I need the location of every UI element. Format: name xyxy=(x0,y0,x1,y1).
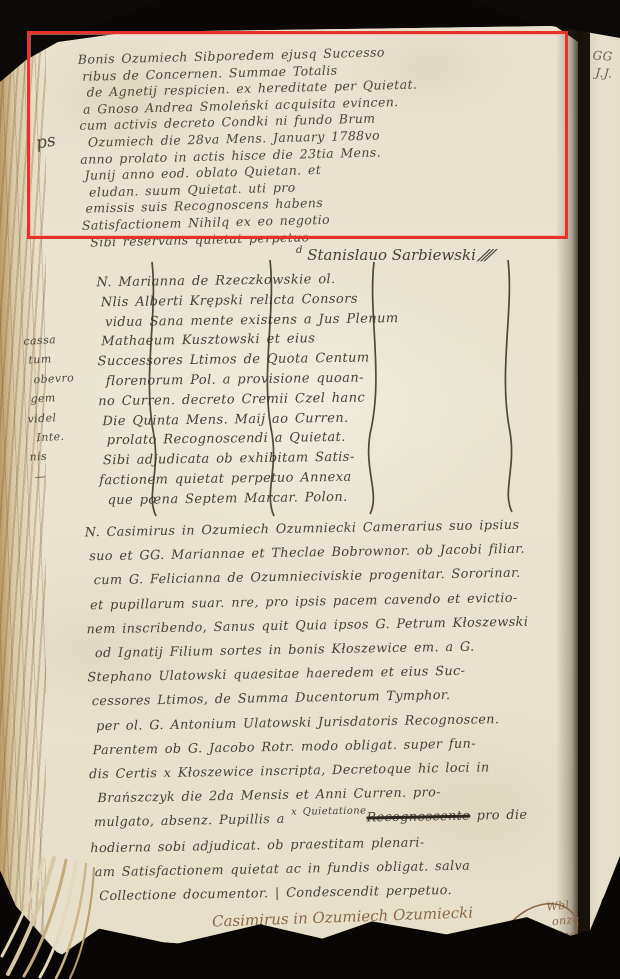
facing-page-marks: GGJ.J. xyxy=(591,47,614,82)
inserted-word: x Quietatione xyxy=(291,806,367,818)
margin-mark-ps: ps xyxy=(34,130,57,153)
paragraph-3-lower: hodierna sobi adjudicat. ob praestitam p… xyxy=(90,828,586,909)
manuscript-line: — xyxy=(34,464,97,487)
paragraph-2: N. Marianna de Rzeczkowskie ol.Nlis Albe… xyxy=(96,267,569,511)
margin-notes: cassatumobevrogemvidelInte.nis— xyxy=(23,328,97,486)
party-heading: d Stanislauo Sarbiewski /// xyxy=(296,246,491,264)
facing-page-edge xyxy=(590,12,620,962)
heading-superscript: d xyxy=(296,245,302,256)
heading-text: Stanislauo Sarbiewski xyxy=(307,246,476,264)
strike-line-post: pro die xyxy=(470,808,527,824)
paragraph-3: N. Casimirus in Ozumiech Ozumniecki Came… xyxy=(85,513,587,910)
paragraph-3-upper: N. Casimirus in Ozumiech Ozumniecki Came… xyxy=(85,513,585,812)
paragraph-1: Bonis Ozumiech Sibporedem ejusq Successo… xyxy=(78,40,563,251)
manuscript-line: J.J. xyxy=(595,65,613,83)
strike-line-pre: mulgato, absenz. Pupillis a xyxy=(94,812,292,830)
struck-word: Recognoscente xyxy=(366,809,470,826)
scanned-manuscript-photo: ps Bonis Ozumiech Sibporedem ejusq Succe… xyxy=(0,0,620,979)
manuscript-line: GG xyxy=(592,47,614,65)
